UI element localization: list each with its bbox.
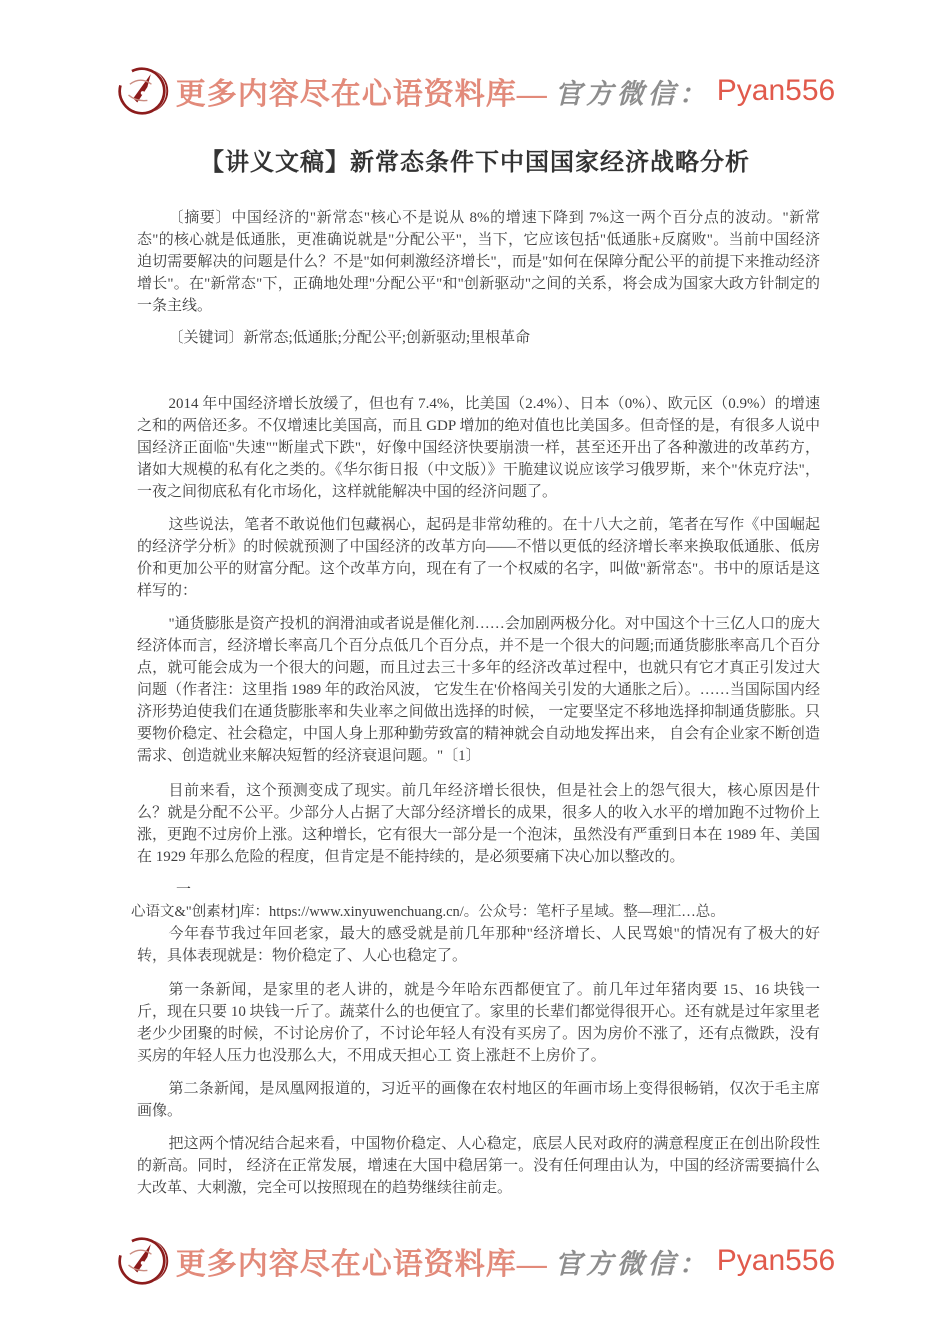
- document-page: 更多内容尽在心语资料库— 官方微信： Pyan556 【讲义文稿】新常态条件下中…: [0, 0, 950, 1344]
- document-body: 〔摘要〕中国经济的"新常态"核心不是说从 8%的增速下降到 7%这一两个百分点的…: [137, 207, 820, 1199]
- section-marker: 一: [137, 879, 820, 901]
- body-paragraph-6: 第一条新闻，是家里的老人讲的，就是今年哈东西都便宜了。前几年过年猪肉要 15、1…: [137, 979, 820, 1067]
- body-paragraph-1: 2014 年中国经济增长放缓了，但也有 7.4%，比美国（2.4%）、日本（0%…: [137, 393, 820, 503]
- body-paragraph-8: 把这两个情况结合起来看，中国物价稳定、人心稳定，底层人民对政府的满意程度正在创出…: [137, 1133, 820, 1199]
- wechat-label: 官方微信：: [555, 1242, 710, 1281]
- pen-circle-logo-icon: [115, 1234, 169, 1288]
- wechat-id: Pyan556: [717, 1244, 835, 1278]
- page-title: 【讲义文稿】新常态条件下中国国家经济战略分析: [60, 142, 890, 177]
- quote-paragraph: "通货膨胀是资产投机的润滑油或者说是催化剂……会加剧两极分化。对中国这个十三亿人…: [137, 613, 820, 767]
- body-paragraph-7: 第二条新闻，是凤凰网报道的，习近平的画像在农村地区的年画市场上变得很畅销，仅次于…: [137, 1078, 820, 1122]
- wechat-label: 官方微信：: [555, 72, 710, 111]
- keywords-line: 〔关键词〕新常态;低通胀;分配公平;创新驱动;里根革命: [137, 327, 820, 349]
- brand-text: 更多内容尽在心语资料库—: [176, 1239, 548, 1283]
- wechat-id: Pyan556: [717, 74, 835, 108]
- body-paragraph-4: 目前来看，这个预测变成了现实。前几年经济增长很快，但是社会上的怨气很大，核心原因…: [137, 780, 820, 868]
- pen-circle-logo-icon: [115, 64, 169, 118]
- body-paragraph-5: 今年春节我过年回老家，最大的感受就是前几年那种"经济增长、人民骂娘"的情况有了极…: [137, 923, 820, 967]
- body-paragraph-2: 这些说法，笔者不敢说他们包藏祸心，起码是非常幼稚的。在十八大之前，笔者在写作《中…: [137, 514, 820, 602]
- watermark-line: 心语文&"创素材]库：https://www.xinyuwenchuang.cn…: [131, 901, 820, 923]
- brand-header: 更多内容尽在心语资料库— 官方微信： Pyan556: [0, 0, 950, 118]
- abstract-paragraph: 〔摘要〕中国经济的"新常态"核心不是说从 8%的增速下降到 7%这一两个百分点的…: [137, 207, 820, 317]
- brand-text: 更多内容尽在心语资料库—: [176, 69, 548, 113]
- brand-footer: 更多内容尽在心语资料库— 官方微信： Pyan556: [0, 1234, 950, 1288]
